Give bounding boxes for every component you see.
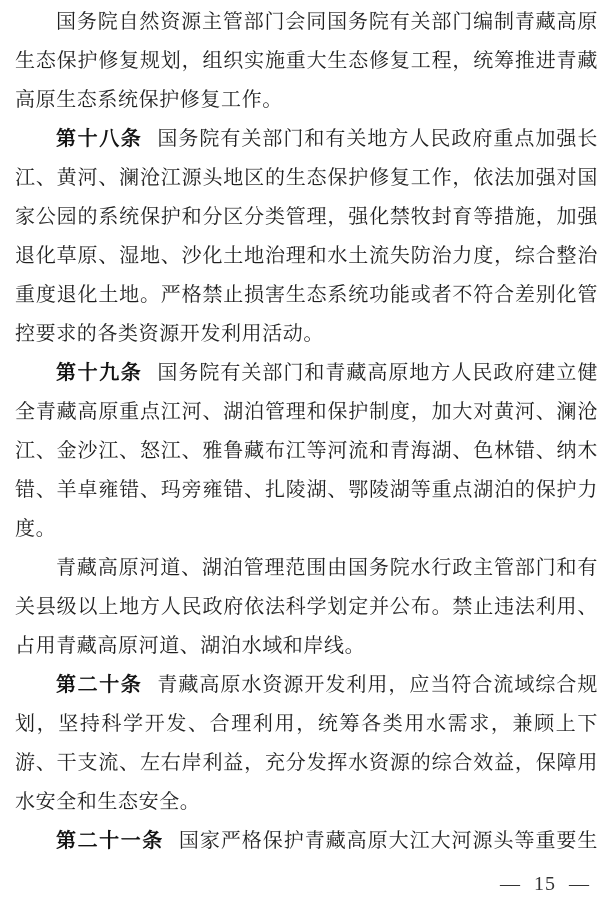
text-line: 退化草原、湿地、沙化土地治理和水土流失防治力度，综合整治	[15, 237, 598, 276]
article-number: 第二十条	[56, 674, 142, 696]
line-text: 家公园的系统保护和分区分类管理，强化禁牧封育等措施，加强	[15, 206, 598, 228]
text-line: 第十九条国务院有关部门和青藏高原地方人民政府建立健	[15, 354, 598, 393]
line-text: 江、黄河、澜沧江源头地区的生态保护修复工作，依法加强对国	[15, 167, 598, 189]
text-line: 控要求的各类资源开发利用活动。	[15, 315, 598, 354]
text-line: 第十八条国务院有关部门和有关地方人民政府重点加强长	[15, 120, 598, 159]
text-line: 错、羊卓雍错、玛旁雍错、扎陵湖、鄂陵湖等重点湖泊的保护力	[15, 471, 598, 510]
line-text: 重度退化土地。严格禁止损害生态系统功能或者不符合差别化管	[15, 284, 598, 306]
line-text: 游、干支流、左右岸利益，充分发挥水资源的综合效益，保障用	[15, 752, 598, 774]
text-line: 家公园的系统保护和分区分类管理，强化禁牧封育等措施，加强	[15, 198, 598, 237]
article-number: 第十八条	[56, 128, 142, 150]
text-line: 第二十一条国家严格保护青藏高原大江大河源头等重要生	[15, 822, 598, 861]
line-text: 青藏高原水资源开发利用，应当符合流域综合规	[157, 674, 598, 696]
line-text: 高原生态系统保护修复工作。	[15, 89, 283, 111]
text-line: 第二十条青藏高原水资源开发利用，应当符合流域综合规	[15, 666, 598, 705]
line-text: 全青藏高原重点江河、湖泊管理和保护制度，加大对黄河、澜沧	[15, 401, 598, 423]
line-text: 划，坚持科学开发、合理利用，统筹各类用水需求，兼顾上下	[15, 713, 598, 735]
text-line: 关县级以上地方人民政府依法科学划定并公布。禁止违法利用、	[15, 588, 598, 627]
line-text: 错、羊卓雍错、玛旁雍错、扎陵湖、鄂陵湖等重点湖泊的保护力	[15, 479, 598, 501]
text-line: 青藏高原河道、湖泊管理范围由国务院水行政主管部门和有	[15, 549, 598, 588]
text-line: 划，坚持科学开发、合理利用，统筹各类用水需求，兼顾上下	[15, 705, 598, 744]
article-number: 第十九条	[56, 362, 142, 384]
line-text: 关县级以上地方人民政府依法科学划定并公布。禁止违法利用、	[15, 596, 598, 618]
text-line: 度。	[15, 510, 598, 549]
line-text: 江、金沙江、怒江、雅鲁藏布江等河流和青海湖、色林错、纳木	[15, 440, 598, 462]
text-line: 水安全和生态安全。	[15, 783, 598, 822]
text-line: 全青藏高原重点江河、湖泊管理和保护制度，加大对黄河、澜沧	[15, 393, 598, 432]
text-line: 生态保护修复规划，组织实施重大生态修复工程，统筹推进青藏	[15, 42, 598, 81]
page-number: — 15 —	[500, 871, 590, 897]
text-line: 游、干支流、左右岸利益，充分发挥水资源的综合效益，保障用	[15, 744, 598, 783]
line-text: 生态保护修复规划，组织实施重大生态修复工程，统筹推进青藏	[15, 50, 598, 72]
text-line: 国务院自然资源主管部门会同国务院有关部门编制青藏高原	[15, 3, 598, 42]
line-text: 国家严格保护青藏高原大江大河源头等重要生	[179, 830, 598, 852]
text-line: 占用青藏高原河道、湖泊水域和岸线。	[15, 627, 598, 666]
document-page: 国务院自然资源主管部门会同国务院有关部门编制青藏高原生态保护修复规划，组织实施重…	[0, 0, 613, 906]
line-text: 水安全和生态安全。	[15, 791, 200, 813]
line-text: 国务院自然资源主管部门会同国务院有关部门编制青藏高原	[56, 11, 598, 33]
text-line: 重度退化土地。严格禁止损害生态系统功能或者不符合差别化管	[15, 276, 598, 315]
document-text-block: 国务院自然资源主管部门会同国务院有关部门编制青藏高原生态保护修复规划，组织实施重…	[15, 3, 598, 861]
line-text: 国务院有关部门和有关地方人民政府重点加强长	[157, 128, 598, 150]
text-line: 江、金沙江、怒江、雅鲁藏布江等河流和青海湖、色林错、纳木	[15, 432, 598, 471]
line-text: 退化草原、湿地、沙化土地治理和水土流失防治力度，综合整治	[15, 245, 598, 267]
text-line: 高原生态系统保护修复工作。	[15, 81, 598, 120]
article-number: 第二十一条	[56, 830, 164, 852]
line-text: 占用青藏高原河道、湖泊水域和岸线。	[15, 635, 365, 657]
line-text: 度。	[15, 518, 56, 540]
line-text: 国务院有关部门和青藏高原地方人民政府建立健	[157, 362, 598, 384]
line-text: 控要求的各类资源开发利用活动。	[15, 323, 324, 345]
line-text: 青藏高原河道、湖泊管理范围由国务院水行政主管部门和有	[56, 557, 598, 579]
text-line: 江、黄河、澜沧江源头地区的生态保护修复工作，依法加强对国	[15, 159, 598, 198]
